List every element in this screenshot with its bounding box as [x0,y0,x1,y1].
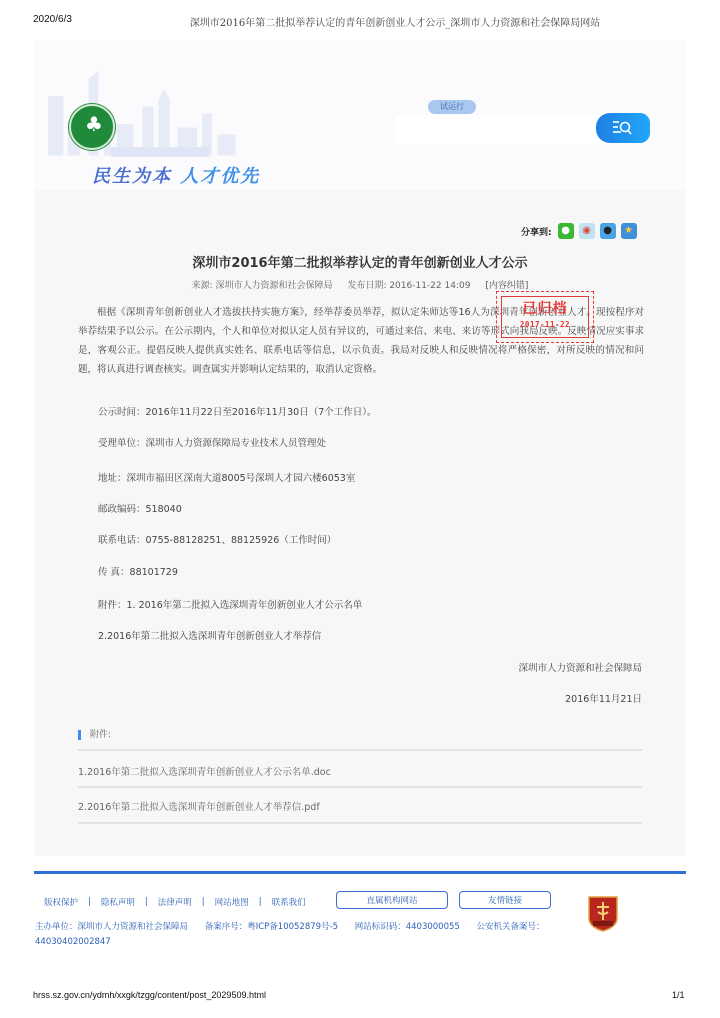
footer-divider [34,871,686,874]
info-address: 地址：深圳市福田区深南大道8005号深圳人才园六楼6053室 [98,470,355,484]
share-label: 分享到: [521,225,552,238]
info-postcode: 邮政编码：518040 [98,501,182,515]
separator: | [145,897,148,907]
info-fax: 传 真：88101729 [98,564,178,578]
attachment-link-doc[interactable]: 1.2016年第二批拟入选深圳青年创新创业人才公示名单.doc [78,764,331,778]
footer-link-copyright[interactable]: 版权保护 [44,896,78,908]
print-date: 2020/6/3 [33,14,72,25]
wechat-icon[interactable]: ● [558,223,574,239]
footer-link-legal[interactable]: 法律声明 [158,896,192,908]
article-title: 深圳市2016年第二批拟举荐认定的青年创新创业人才公示 [0,252,720,271]
print-page-title: 深圳市2016年第二批拟举荐认定的青年创新创业人才公示_深圳市人力资源和社会保障… [150,14,640,29]
city-skyline-illustration [34,40,244,180]
affiliated-sites-button[interactable]: 直属机构网站 [336,891,448,909]
separator: | [88,897,91,907]
search-input[interactable] [396,115,606,145]
footer-site-info: 主办单位：深圳市人力资源和社会保障局 备案序号：粤ICP备10052879号-5… [35,920,559,932]
stamp-text: 已归档 [497,298,593,318]
slogan-part-1: 民生为本 [92,166,172,187]
info-phone: 联系电话：0755-88128251、88125926（工作时间） [98,532,336,546]
attachments-heading: 附件: [78,730,111,740]
print-page-number: 1/1 [672,990,685,1000]
footer-links: 版权保护 | 隐私声明 | 法律声明 | 网站地图 | 联系我们 [44,896,306,908]
footer-icp[interactable]: 备案序号：粤ICP备10052879号-5 [205,922,338,932]
search-list-icon [612,120,632,136]
stamp-date: 2017-11-22 [497,320,593,329]
article-publish-date: 发布日期: 2016-11-22 14:09 [347,281,470,291]
article-source: 来源: 深圳市人力资源和社会保障局 [192,281,333,291]
signature-organization: 深圳市人力资源和社会保障局 [460,660,642,674]
weibo-icon[interactable]: ◉ [579,223,595,239]
content-error-report-link[interactable]: [内容纠错] [485,281,528,291]
search-button[interactable] [596,113,650,143]
archived-stamp: 已归档 2017-11-22 [496,291,594,343]
gov-error-finder-badge-icon[interactable] [587,894,619,932]
footer-host: 主办单位：深圳市人力资源和社会保障局 [35,922,188,932]
print-header: 2020/6/3 深圳市2016年第二批拟举荐认定的青年创新创业人才公示_深圳市… [0,0,720,40]
qq-icon[interactable]: ● [600,223,616,239]
qzone-icon[interactable]: ★ [621,223,637,239]
attachments-divider [78,749,642,751]
footer-link-sitemap[interactable]: 网站地图 [215,896,249,908]
tree-emblem-icon: ♣ [85,114,103,134]
info-handling-unit: 受理单位：深圳市人力资源保障局专业技术人员管理处 [98,435,326,449]
footer-link-privacy[interactable]: 隐私声明 [101,896,135,908]
friendly-links-button[interactable]: 友情链接 [459,891,551,909]
attachment-link-pdf[interactable]: 2.2016年第二批拟入选深圳青年创新创业人才举荐信.pdf [78,799,320,813]
footer-link-contact[interactable]: 联系我们 [272,896,306,908]
share-bar: 分享到: ● ◉ ● ★ [521,223,642,239]
site-logo[interactable]: ♣ [69,104,115,150]
attachments-divider [78,786,642,788]
print-footer-url: hrss.sz.gov.cn/ydmh/xxgk/tzgg/content/po… [33,990,266,1000]
footer-site-id: 网站标识码：4403000055 [355,922,460,932]
attachments-divider [78,822,642,824]
site-slogan: 民生为本 人才优先 [92,162,260,188]
info-notice-period: 公示时间：2016年11月22日至2016年11月30日（7个工作日）。 [98,404,377,418]
slogan-part-2: 人才优先 [180,166,260,187]
info-attachment-2: 2.2016年第二批拟入选深圳青年创新创业人才举荐信 [98,628,321,642]
trial-run-badge: 试运行 [428,100,476,114]
separator: | [202,897,205,907]
article-meta: 来源: 深圳市人力资源和社会保障局 发布日期: 2016-11-22 14:09… [0,278,720,291]
footer-police-label: 公安机关备案号： [477,922,545,932]
signature-date: 2016年11月21日 [460,691,642,705]
footer-police-number[interactable]: 44030402002847 [35,937,111,947]
separator: | [259,897,262,907]
info-attachment-1: 附件：1. 2016年第二批拟入选深圳青年创新创业人才公示名单 [98,597,362,611]
